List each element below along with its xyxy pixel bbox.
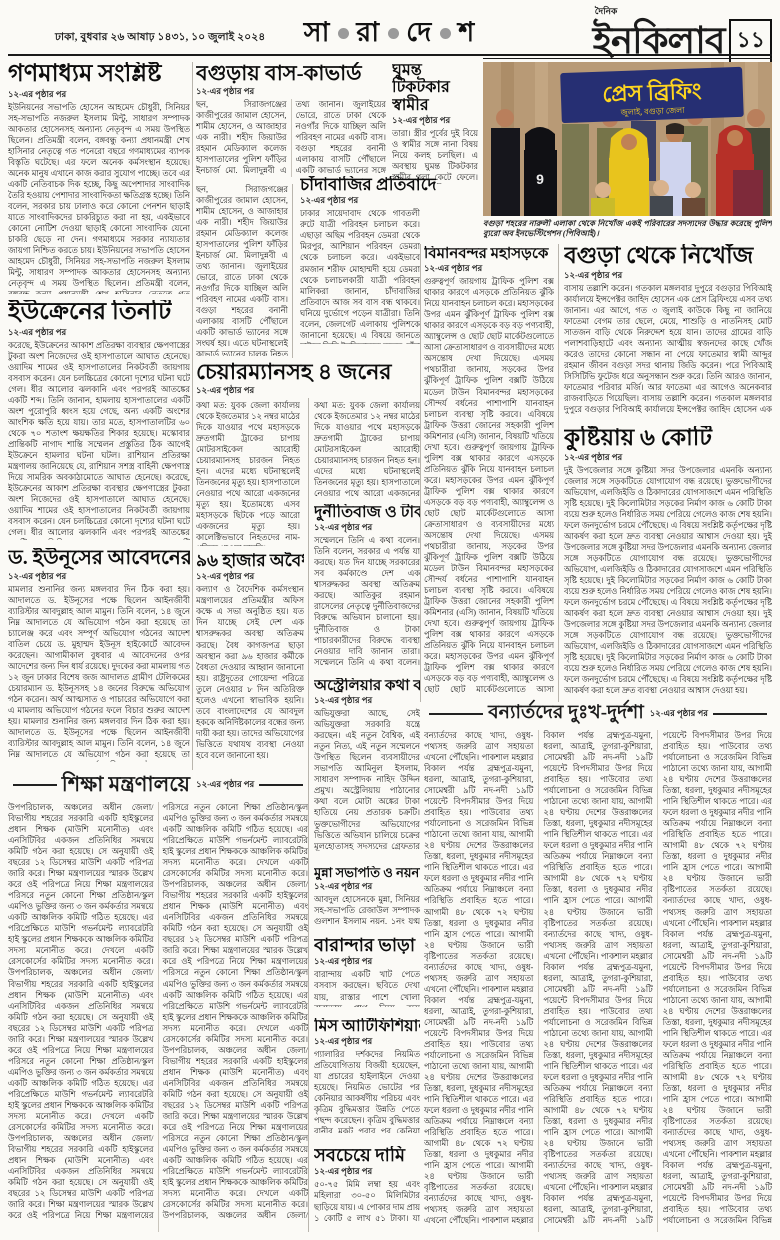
column-rule: [558, 244, 559, 702]
newspaper-page: { "masthead": { "dateline": "ঢাকা, বুধবা…: [0, 0, 780, 1240]
story-media: গণমাধ্যম সংশ্লিষ্ট ১২-এর পৃষ্ঠার পর ইউনি…: [8, 62, 190, 294]
press-briefing-photo-graphic: প্রেস ব্রিফিং জুলাই, বগুড়া জেলা 9: [483, 62, 772, 216]
continued-label: ১২-এর পৃষ্ঠার পর: [8, 570, 190, 584]
story-airport-road: বিমানবন্দর মহাসড়কে ১২-এর পৃষ্ঠার পর গুর…: [424, 246, 554, 694]
column-rule: [192, 62, 193, 770]
headline: চেয়ারম্যানসহ ৪ জনের: [196, 360, 428, 384]
headline: অস্ট্রেলিয়ার কথা বলে: [314, 678, 420, 694]
body-text: সম্মেলনে তিনি এ কথা বলেন। তিনি বলেন, সরক…: [314, 535, 420, 667]
headline-rule: [259, 784, 303, 786]
section-letter: রা: [356, 17, 381, 47]
story-bogura-missing: বগুড়া থেকে নিখোঁজ ১২-এর পৃষ্ঠার পর বাসা…: [564, 244, 772, 415]
paper-prefix: দৈনিক: [595, 4, 772, 19]
section-dot: [338, 28, 349, 39]
continued-label: ১২-এর পৃষ্ঠার পর: [196, 570, 304, 584]
body-text: বাসায় তল্লাশি করেন। গতকাল মঙ্গলবার দুপু…: [564, 283, 772, 415]
continued-label: ১২-এর পৃষ্ঠার পর: [564, 451, 772, 465]
headline: ৯৬ হাজার অবৈধ: [196, 552, 304, 570]
body-text: ঢাকার সায়েদাবাদ থেকে গাবতলী রুটে যাত্রী…: [300, 208, 420, 344]
body-text: বারান্দায় একটি খাট পেতে বসবাস করছেন। ছব…: [314, 969, 420, 1007]
masthead-rule: [8, 54, 772, 56]
body-text: করেছে, ইউক্রেনের আকাশ প্রতিরক্ষা ব্যবস্থ…: [8, 340, 190, 540]
press-briefing-photo: প্রেস ব্রিফিং জুলাই, বগুড়া জেলা 9: [483, 62, 772, 216]
section-dot: [388, 28, 399, 39]
story-extortion: চাঁদাবাজির প্রতিবাদে ১২-এর পৃষ্ঠার পর ঢা…: [300, 176, 436, 344]
story-miss-ai: মিস আর্টিফিশিয়াল ১২-এর পৃষ্ঠার পর গ্যাল…: [314, 1018, 420, 1133]
press-briefing-banner: প্রেস ব্রিফিং জুলাই, বগুড়া জেলা: [560, 67, 744, 123]
continued-label: ১২-এর পৃষ্ঠার পর: [314, 1165, 420, 1179]
story-bogura-bus-continuation: ছন, সিরাজগঞ্জের কাজীপুরের জামাল হোসেন, শ…: [196, 184, 288, 356]
section-letter: শ: [458, 17, 476, 47]
headline: শিক্ষা মন্ত্রণালয়ে: [62, 768, 190, 803]
headline: বারান্দার ভাড়া: [314, 936, 420, 955]
headline: ইউক্রেনের তিনটি: [8, 300, 190, 326]
body-text: ইউনিয়নের সভাপতি হোসেন আহমেদ চৌধুরী, সিন…: [8, 102, 190, 294]
continued-label: ১২-এর পৃষ্ঠার পর: [314, 521, 420, 535]
headline: বন্যার্তদের দুঃখ-দুর্দশা: [488, 698, 644, 730]
headline: দুর্নীতিবাজ ও টাকা: [314, 504, 420, 521]
continued-label: ১২-এর পৃষ্ঠার পর: [196, 85, 386, 99]
continued-label: ১২-এর পৃষ্ঠার পর: [196, 778, 254, 792]
body-text: ছন, সিরাজগঞ্জের কাজীপুরের জামাল হোসেন, শ…: [196, 99, 386, 177]
story-munna: মুন্না সভাপতি ও নয়নকে ১২-এর পৃষ্ঠার পর …: [314, 866, 420, 924]
body-text: গ্যালারির দর্শকদের নিয়মিত প্রতিযোগিতায়…: [314, 1049, 420, 1133]
section-letter: দে: [406, 17, 433, 47]
body-text: দুই উপজেলার সঙ্গে কুষ্টিয়া সদর উপজেলার …: [564, 465, 772, 693]
body-text: অভিযুক্তরা আছে, সেই অভিযুক্তরা সরকারি যন…: [314, 708, 420, 854]
continued-label: ১২-এর পৃষ্ঠার পর: [314, 1035, 420, 1049]
section-dot: [440, 28, 451, 39]
headline: ঘুমন্ত টিকটকার স্বামীর: [392, 62, 478, 114]
story-australia: অস্ট্রেলিয়ার কথা বলে ১২-এর পৃষ্ঠার পর অ…: [314, 678, 420, 854]
continued-label: ১২-এর পৃষ্ঠার পর: [424, 262, 554, 276]
story-chairman-column-a: কথা মত: যুবক জেলা কার্যালয় থেকে ইজতেমার…: [196, 400, 300, 546]
continued-label: ১২-এর পৃষ্ঠার পর: [8, 88, 190, 102]
story-veranda: বারান্দার ভাড়া ১২-এর পৃষ্ঠার পর বারান্দ…: [314, 936, 420, 1007]
photo-caption: বগুড়া শহরের নারুলী এলাকা থেকে নিখোঁজ এক…: [483, 219, 772, 243]
continued-label: ১২-এর পৃষ্ঠার পর: [8, 326, 190, 340]
story-chairman: চেয়ারম্যানসহ ৪ জনের ১২-এর পৃষ্ঠার পর: [196, 360, 428, 398]
body-text: গুরুত্বপূর্ণ জায়গায় ট্রাফিক পুলিশ বক্স…: [424, 276, 554, 694]
story-bogura-bus: বগুড়ায় বাস-কাভার্ড ১২-এর পৃষ্ঠার পর ছন…: [196, 62, 386, 177]
story-education-header: শিক্ষা মন্ত্রণালয়ে ১২-এর পৃষ্ঠার পর: [8, 772, 308, 798]
continued-label: ১২-এর পৃষ্ঠার পর: [314, 880, 420, 894]
headline: সবচেয়ে দামি: [314, 1146, 420, 1165]
story-flood-header: বন্যার্তদের দুঃখ-দুর্দশা ১২-এর পৃষ্ঠার প…: [424, 702, 772, 726]
headline-rule: [429, 713, 483, 715]
headline: মিস আর্টিফিশিয়াল: [314, 1018, 420, 1035]
continued-label: ১২-এর পৃষ্ঠার পর: [314, 694, 420, 708]
body-text: আবদুল হোসেনকে মুন্না, সিনিয়র সহ-সভাপতি …: [314, 894, 420, 924]
story-ukraine: ইউক্রেনের তিনটি ১২-এর পৃষ্ঠার পর করেছে, …: [8, 300, 190, 540]
story-tiktoker: ঘুমন্ত টিকটকার স্বামীর ১২-এর পৃষ্ঠার পর …: [392, 62, 478, 184]
column-rule: [308, 398, 309, 1232]
section-letter: সা: [304, 17, 332, 47]
headline: কুষ্টিয়ায় ৬ কোটি: [564, 426, 772, 451]
story-flood-body: বন্যার্তদের কাছে খাদ্য, ওষুধ-পথ্যসহ জরুর…: [424, 730, 772, 1232]
headline: বগুড়া থেকে নিখোঁজ: [564, 244, 772, 269]
story-chairman-column-b: কথা মত: যুবক জেলা কার্যালয় থেকে ইজতেমার…: [314, 400, 420, 500]
masthead-subrule: [483, 58, 772, 59]
svg-text:9: 9: [536, 171, 544, 187]
headline-rule: [13, 784, 57, 786]
story-education-body: উপপরিচালক, অঞ্চলের অধীন জেলা/বিভাগীয় শহ…: [8, 802, 308, 1232]
story-yunus: ড. ইউনূসের আবেদনের ১২-এর পৃষ্ঠার পর মামল…: [8, 548, 190, 762]
body-text: মামলার শুনানির জন্য মঙ্গলবার দিন ঠিক করা…: [8, 584, 190, 762]
headline: বগুড়ায় বাস-কাভার্ড: [196, 62, 386, 85]
body-text: কল্যাণ ও বৈদেশিক কর্মসংস্থান মন্ত্রণালয়…: [196, 584, 304, 760]
headline: গণমাধ্যম সংশ্লিষ্ট: [8, 62, 190, 88]
story-corrupt: দুর্নীতিবাজ ও টাকা ১২-এর পৃষ্ঠার পর সম্ম…: [314, 504, 420, 667]
continued-label: ১২-এর পৃষ্ঠার পর: [300, 194, 436, 208]
headline: ড. ইউনূসের আবেদনের: [8, 548, 190, 570]
continued-label: ১২-এর পৃষ্ঠার পর: [196, 384, 428, 398]
story-illegal96k: ৯৬ হাজার অবৈধ ১২-এর পৃষ্ঠার পর কল্যাণ ও …: [196, 552, 304, 760]
banner-text: প্রেস ব্রিফিং: [602, 77, 703, 106]
headline: বিমানবন্দর মহাসড়কে: [424, 246, 554, 262]
story-kushtia: কুষ্টিয়ায় ৬ কোটি ১২-এর পৃষ্ঠার পর দুই …: [564, 426, 772, 693]
headline: মুন্না সভাপতি ও নয়নকে: [314, 866, 420, 880]
paper-logo: দৈনিক ইনকিলাব১১: [593, 4, 772, 66]
headline: চাঁদাবাজির প্রতিবাদে: [300, 176, 436, 194]
body-text: ৫০-৭৫ মিমি লম্বা হয় এবং মহিলারা ৩০-৫০ ম…: [314, 1179, 420, 1223]
continued-label: ১২-এর পৃষ্ঠার পর: [314, 955, 420, 969]
headline-rule: [713, 713, 767, 715]
continued-label: ১২-এর পৃষ্ঠার পর: [564, 269, 772, 283]
story-expensive: সবচেয়ে দামি ১২-এর পৃষ্ঠার পর ৫০-৭৫ মিমি…: [314, 1146, 420, 1223]
column-rule: [292, 184, 293, 358]
continued-label: ১২-এর পৃষ্ঠার পর: [392, 114, 478, 128]
continued-label: ১২-এর পৃষ্ঠার পর: [650, 707, 708, 721]
